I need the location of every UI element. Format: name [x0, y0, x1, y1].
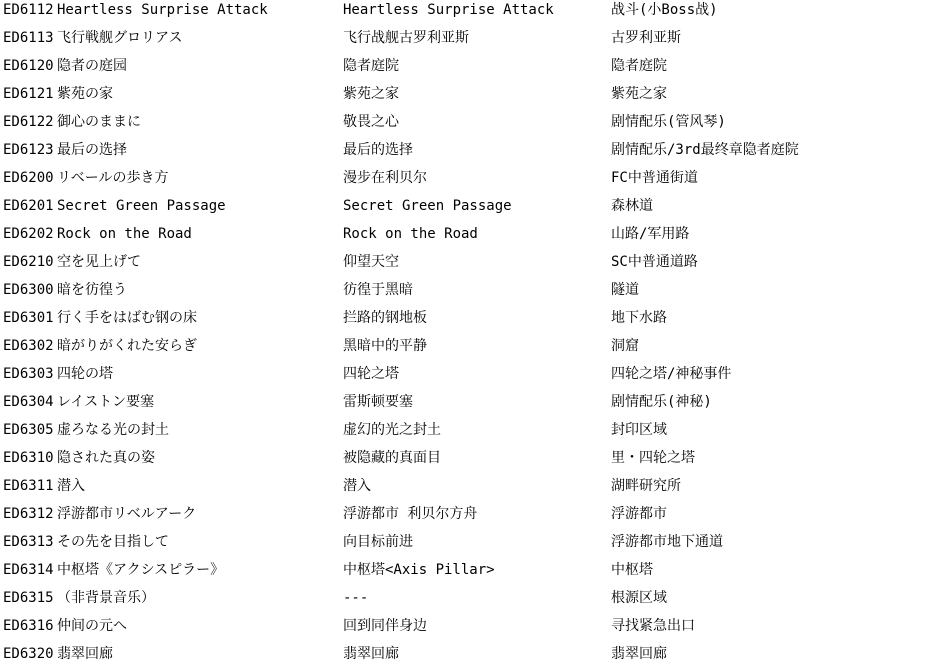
- track-table: ED6112 Heartless Surprise Attack Heartle…: [0, 0, 934, 672]
- track-title-zh-cell: 飞行战舰古罗利亚斯: [343, 31, 611, 46]
- table-row: ED6316 仲间の元へ 回到同伴身边 寻找紧急出口: [0, 616, 934, 644]
- track-note-cell: 剧情配乐(神秘): [611, 395, 934, 410]
- track-id-cell: ED6210: [3, 255, 57, 270]
- table-row: ED6302 暗がりがくれた安らぎ 黑暗中的平静 洞窟: [0, 336, 934, 364]
- table-row: ED6202 Rock on the Road Rock on the Road…: [0, 224, 934, 252]
- track-id-cell: ED6113: [3, 31, 57, 46]
- track-note-cell: 山路/军用路: [611, 227, 934, 242]
- track-title-zh-cell: Secret Green Passage: [343, 199, 611, 214]
- track-title-ja-cell: 隐された真の姿: [57, 451, 343, 466]
- track-title-zh-cell: Heartless Surprise Attack: [343, 3, 611, 18]
- track-title-zh-cell: 浮游都市 利贝尔方舟: [343, 507, 611, 522]
- track-id-cell: ED6300: [3, 283, 57, 298]
- track-title-ja-cell: 暗を彷徨う: [57, 283, 343, 298]
- track-title-ja-cell: 飞行戦舰グロリアス: [57, 31, 343, 46]
- track-note-cell: 剧情配乐/3rd最终章隐者庭院: [611, 143, 934, 158]
- track-title-zh-cell: 翡翠回廊: [343, 647, 611, 662]
- track-title-zh-cell: 四轮之塔: [343, 367, 611, 382]
- track-title-zh-cell: 黑暗中的平静: [343, 339, 611, 354]
- track-note-cell: 翡翠回廊: [611, 647, 934, 662]
- table-row: ED6310 隐された真の姿 被隐藏的真面目 里・四轮之塔: [0, 448, 934, 476]
- table-row: ED6304 レイストン要塞 雷斯顿要塞 剧情配乐(神秘): [0, 392, 934, 420]
- track-title-zh-cell: 中枢塔<Axis Pillar>: [343, 563, 611, 578]
- track-id-cell: ED6305: [3, 423, 57, 438]
- track-title-ja-cell: 空を见上げて: [57, 255, 343, 270]
- track-note-cell: 湖畔研究所: [611, 479, 934, 494]
- track-title-ja-cell: 紫苑の家: [57, 87, 343, 102]
- track-title-ja-cell: 隐者の庭园: [57, 59, 343, 74]
- track-title-zh-cell: 最后的选择: [343, 143, 611, 158]
- track-id-cell: ED6315: [3, 591, 57, 606]
- track-title-ja-cell: 中枢塔《アクシスピラー》: [57, 563, 343, 578]
- track-id-cell: ED6303: [3, 367, 57, 382]
- track-id-cell: ED6123: [3, 143, 57, 158]
- track-id-cell: ED6121: [3, 87, 57, 102]
- track-id-cell: ED6302: [3, 339, 57, 354]
- table-row: ED6303 四轮の塔 四轮之塔 四轮之塔/神秘事件: [0, 364, 934, 392]
- table-row: ED6200 リベールの歩き方 漫步在利贝尔 FC中普通街道: [0, 168, 934, 196]
- track-title-zh-cell: 拦路的钢地板: [343, 311, 611, 326]
- track-title-zh-cell: ---: [343, 591, 611, 606]
- table-row: ED6121 紫苑の家 紫苑之家 紫苑之家: [0, 84, 934, 112]
- track-id-cell: ED6122: [3, 115, 57, 130]
- table-row: ED6312 浮游都市リベルアーク 浮游都市 利贝尔方舟 浮游都市: [0, 504, 934, 532]
- table-row: ED6301 行く手をはばむ钢の床 拦路的钢地板 地下水路: [0, 308, 934, 336]
- track-id-cell: ED6316: [3, 619, 57, 634]
- track-id-cell: ED6311: [3, 479, 57, 494]
- track-title-ja-cell: 御心のままに: [57, 115, 343, 130]
- track-title-ja-cell: レイストン要塞: [57, 395, 343, 410]
- track-note-cell: 战斗(小Boss战): [611, 3, 934, 18]
- track-title-zh-cell: 紫苑之家: [343, 87, 611, 102]
- track-id-cell: ED6201: [3, 199, 57, 214]
- track-note-cell: FC中普通街道: [611, 171, 934, 186]
- track-id-cell: ED6112: [3, 3, 57, 18]
- track-title-ja-cell: Heartless Surprise Attack: [57, 3, 343, 18]
- track-note-cell: 隧道: [611, 283, 934, 298]
- track-id-cell: ED6202: [3, 227, 57, 242]
- track-title-zh-cell: 雷斯顿要塞: [343, 395, 611, 410]
- track-note-cell: 中枢塔: [611, 563, 934, 578]
- track-title-ja-cell: 翡翠回廊: [57, 647, 343, 662]
- track-title-ja-cell: 潜入: [57, 479, 343, 494]
- track-title-ja-cell: 最后の选择: [57, 143, 343, 158]
- track-id-cell: ED6200: [3, 171, 57, 186]
- track-title-zh-cell: 彷徨于黑暗: [343, 283, 611, 298]
- track-title-ja-cell: Rock on the Road: [57, 227, 343, 242]
- track-title-zh-cell: 被隐藏的真面目: [343, 451, 611, 466]
- track-note-cell: 根源区域: [611, 591, 934, 606]
- track-id-cell: ED6310: [3, 451, 57, 466]
- track-note-cell: 里・四轮之塔: [611, 451, 934, 466]
- table-row: ED6313 その先を目指して 向目标前进 浮游都市地下通道: [0, 532, 934, 560]
- table-row: ED6113 飞行戦舰グロリアス 飞行战舰古罗利亚斯 古罗利亚斯: [0, 28, 934, 56]
- track-title-ja-cell: 四轮の塔: [57, 367, 343, 382]
- track-id-cell: ED6313: [3, 535, 57, 550]
- track-note-cell: 封印区域: [611, 423, 934, 438]
- track-title-ja-cell: その先を目指して: [57, 535, 343, 550]
- track-title-zh-cell: 隐者庭院: [343, 59, 611, 74]
- track-note-cell: SC中普通道路: [611, 255, 934, 270]
- table-row: ED6315 （非背景音乐） --- 根源区域: [0, 588, 934, 616]
- track-note-cell: 洞窟: [611, 339, 934, 354]
- track-id-cell: ED6304: [3, 395, 57, 410]
- track-title-ja-cell: 虚ろなる光の封土: [57, 423, 343, 438]
- track-title-ja-cell: Secret Green Passage: [57, 199, 343, 214]
- track-id-cell: ED6320: [3, 647, 57, 662]
- table-row: ED6112 Heartless Surprise Attack Heartle…: [0, 0, 934, 28]
- track-note-cell: 四轮之塔/神秘事件: [611, 367, 934, 382]
- track-id-cell: ED6120: [3, 59, 57, 74]
- track-title-zh-cell: 回到同伴身边: [343, 619, 611, 634]
- track-title-zh-cell: 仰望天空: [343, 255, 611, 270]
- track-title-ja-cell: 浮游都市リベルアーク: [57, 507, 343, 522]
- table-row: ED6123 最后の选择 最后的选择 剧情配乐/3rd最终章隐者庭院: [0, 140, 934, 168]
- track-note-cell: 剧情配乐(管风琴): [611, 115, 934, 130]
- track-note-cell: 寻找紧急出口: [611, 619, 934, 634]
- table-row: ED6122 御心のままに 敬畏之心 剧情配乐(管风琴): [0, 112, 934, 140]
- track-note-cell: 浮游都市: [611, 507, 934, 522]
- table-row: ED6201 Secret Green Passage Secret Green…: [0, 196, 934, 224]
- track-title-ja-cell: 暗がりがくれた安らぎ: [57, 339, 343, 354]
- track-title-ja-cell: リベールの歩き方: [57, 171, 343, 186]
- track-id-cell: ED6312: [3, 507, 57, 522]
- track-title-zh-cell: 敬畏之心: [343, 115, 611, 130]
- track-title-zh-cell: 潜入: [343, 479, 611, 494]
- track-title-zh-cell: 漫步在利贝尔: [343, 171, 611, 186]
- track-title-zh-cell: 虚幻的光之封土: [343, 423, 611, 438]
- track-title-ja-cell: （非背景音乐）: [57, 591, 343, 606]
- table-row: ED6305 虚ろなる光の封土 虚幻的光之封土 封印区域: [0, 420, 934, 448]
- track-note-cell: 森林道: [611, 199, 934, 214]
- track-title-ja-cell: 仲间の元へ: [57, 619, 343, 634]
- table-row: ED6120 隐者の庭园 隐者庭院 隐者庭院: [0, 56, 934, 84]
- table-row: ED6210 空を见上げて 仰望天空 SC中普通道路: [0, 252, 934, 280]
- table-row: ED6320 翡翠回廊 翡翠回廊 翡翠回廊: [0, 644, 934, 672]
- track-id-cell: ED6314: [3, 563, 57, 578]
- table-row: ED6311 潜入 潜入 湖畔研究所: [0, 476, 934, 504]
- track-note-cell: 地下水路: [611, 311, 934, 326]
- table-row: ED6300 暗を彷徨う 彷徨于黑暗 隧道: [0, 280, 934, 308]
- track-id-cell: ED6301: [3, 311, 57, 326]
- track-title-zh-cell: 向目标前进: [343, 535, 611, 550]
- table-row: ED6314 中枢塔《アクシスピラー》 中枢塔<Axis Pillar> 中枢塔: [0, 560, 934, 588]
- track-note-cell: 隐者庭院: [611, 59, 934, 74]
- track-note-cell: 紫苑之家: [611, 87, 934, 102]
- track-title-zh-cell: Rock on the Road: [343, 227, 611, 242]
- track-note-cell: 古罗利亚斯: [611, 31, 934, 46]
- track-note-cell: 浮游都市地下通道: [611, 535, 934, 550]
- track-title-ja-cell: 行く手をはばむ钢の床: [57, 311, 343, 326]
